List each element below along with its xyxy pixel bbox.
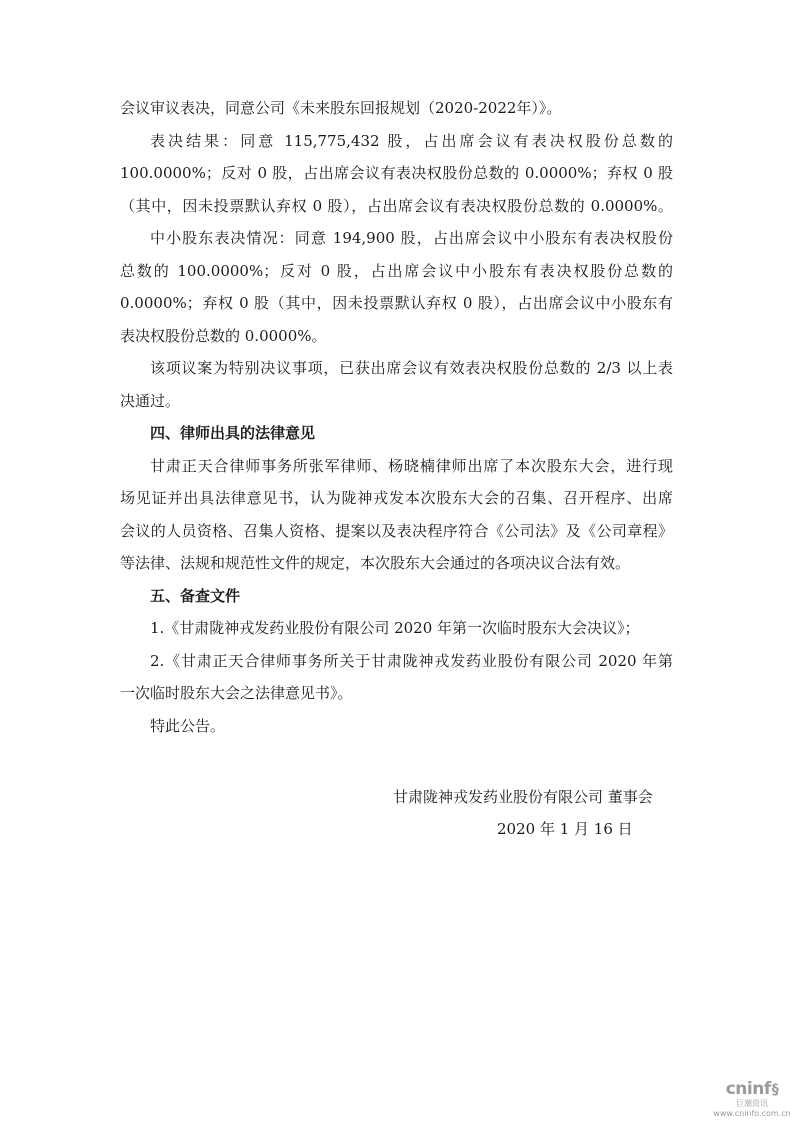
paragraph-line: 等法律、法规和规范性文件的规定，本次股东大会通过的各项决议合法有效。 xyxy=(120,547,673,580)
cninfo-brand: cninf§ xyxy=(712,1080,792,1099)
paragraph-line: 总数的 100.0000%；反对 0 股，占出席会议中小股东有表决权股份总数的 xyxy=(120,255,673,288)
document-list-item-continuation: 一次临时股东大会之法律意见书》。 xyxy=(120,677,673,710)
paragraph-line: 0.0000%；弃权 0 股（其中，因未投票默认弃权 0 股），占出席会议中小股… xyxy=(120,287,673,320)
paragraph-line: 表决结果：同意 115,775,432 股，占出席会议有表决权股份总数的 xyxy=(120,125,673,158)
paragraph-line: 该项议案为特别决议事项，已获出席会议有效表决权股份总数的 2/3 以上表 xyxy=(120,352,673,385)
paragraph-line: 场见证并出具法律意见书，认为陇神戎发本次股东大会的召集、召开程序、出席 xyxy=(120,482,673,515)
document-body: 会议审议表决，同意公司《未来股东回报规划（2020-2022年）》。 表决结果：… xyxy=(120,92,673,742)
closing-statement: 特此公告。 xyxy=(120,710,673,743)
paragraph-line: 甘肃正天合律师事务所张军律师、杨晓楠律师出席了本次股东大会，进行现 xyxy=(120,450,673,483)
paragraph-line: 表决权股份总数的 0.0000%。 xyxy=(120,320,673,353)
signature-company: 甘肃陇神戎发药业股份有限公司 董事会 xyxy=(393,786,653,807)
section-heading-legal-opinion: 四、律师出具的法律意见 xyxy=(120,417,673,450)
paragraph-line: 决通过。 xyxy=(120,385,673,418)
paragraph-line: 会议的人员资格、召集人资格、提案以及表决程序符合《公司法》及《公司章程》 xyxy=(120,515,673,548)
paragraph-line: （其中，因未投票默认弃权 0 股），占出席会议有表决权股份总数的 0.0000%… xyxy=(120,190,673,223)
cninfo-swirl-icon: § xyxy=(772,1081,779,1099)
section-heading-documents: 五、备查文件 xyxy=(120,580,673,613)
signature-date: 2020 年 1 月 16 日 xyxy=(497,818,633,839)
paragraph-line: 中小股东表决情况：同意 194,900 股，占出席会议中小股东有表决权股份 xyxy=(120,222,673,255)
document-list-item: 1.《甘肃陇神戎发药业股份有限公司 2020 年第一次临时股东大会决议》； xyxy=(120,612,673,645)
cninfo-watermark: cninf§ 巨潮资讯 www.cninfo.com.cn xyxy=(712,1080,792,1119)
document-list-item: 2.《甘肃正天合律师事务所关于甘肃陇神戎发药业股份有限公司 2020 年第 xyxy=(120,645,673,678)
paragraph-line: 会议审议表决，同意公司《未来股东回报规划（2020-2022年）》。 xyxy=(120,92,673,125)
cninfo-url: www.cninfo.com.cn xyxy=(712,1109,792,1119)
paragraph-line: 100.0000%；反对 0 股，占出席会议有表决权股份总数的 0.0000%；… xyxy=(120,157,673,190)
cninfo-chinese-name: 巨潮资讯 xyxy=(712,1099,792,1109)
